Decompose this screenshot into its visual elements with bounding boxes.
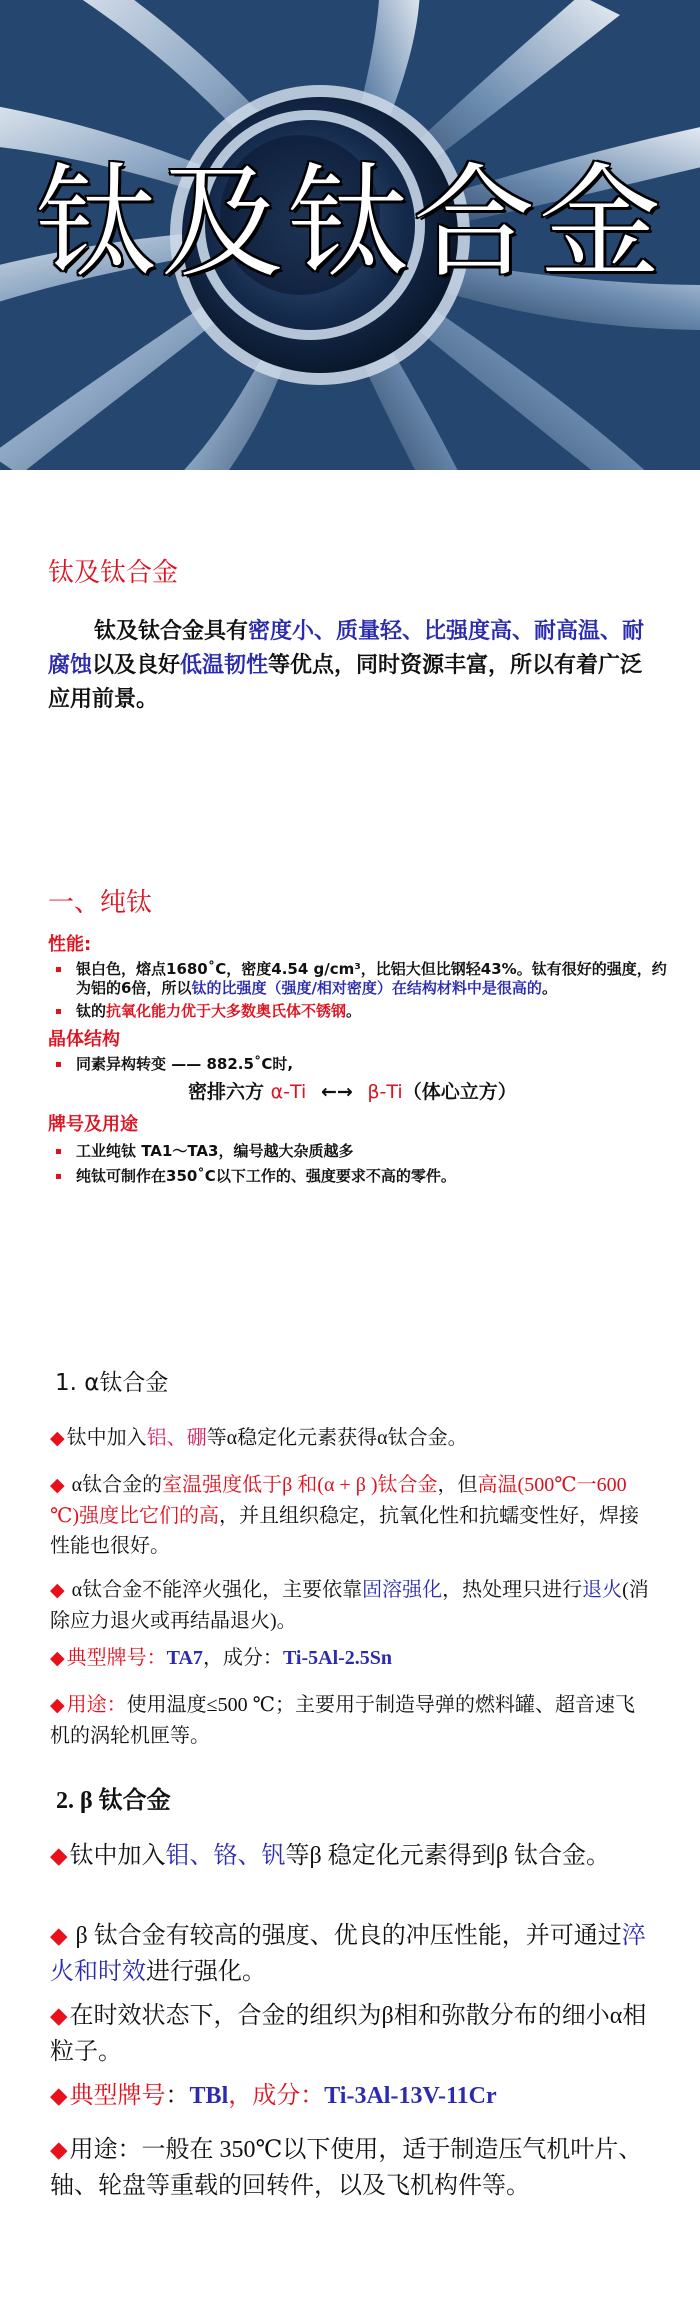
list-item: 纯钛可制作在350˚C以下工作的、强度要求不高的零件。	[48, 1167, 668, 1186]
crystal-structure-label: 晶体结构	[48, 1025, 668, 1051]
hero-title: 钛及钛合金	[0, 150, 700, 296]
para-highlight: 固溶强化	[362, 1579, 442, 1601]
beta-paragraph-2: ◆ β 钛合金有较高的强度、优良的冲压性能，并可通过淬火和时效进行强化。	[50, 1918, 650, 1990]
alpha-paragraph-3: ◆ α钛合金不能淬火强化，主要依靠固溶强化，热处理只进行退火(消除应力退火或再结…	[50, 1575, 650, 1636]
alpha-paragraph-grade: ◆典型牌号：TA7，成分：Ti-5Al-2.5Sn	[50, 1643, 650, 1674]
diamond-bullet-icon: ◆	[50, 1424, 65, 1454]
grades-label: 牌号及用途	[48, 1110, 668, 1136]
para-highlight: 退火	[582, 1579, 622, 1601]
grade-text: 纯钛可制作在350˚C以下工作的、强度要求不高的零件。	[76, 1167, 456, 1185]
beta-paragraph-grade: ◆典型牌号：TBl，成分：Ti-3Al-13V-11Cr	[50, 2078, 650, 2114]
composition-value: Ti-5Al-2.5Sn	[283, 1647, 392, 1669]
properties-label: 性能:	[48, 930, 668, 956]
intro-highlight-toughness: 低温韧性	[180, 653, 268, 678]
para-text: 等α稳定化元素获得α钛合金。	[207, 1427, 468, 1449]
square-bullet-icon	[56, 1062, 61, 1067]
hero-banner: 钛及钛合金	[0, 0, 700, 470]
usage-text: 用途：一般在 350℃以下使用，适于制造压气机叶片、轴、轮盘等重载的回转件，以及…	[50, 2137, 642, 2199]
diamond-bullet-icon: ◆	[50, 1471, 65, 1501]
diamond-bullet-icon: ◆	[50, 1998, 68, 2034]
list-item: 工业纯钛 TA1～TA3，编号越大杂质越多	[48, 1142, 668, 1161]
property-text: 钛的	[76, 1002, 106, 1020]
properties-list: 银白色，熔点1680˚C，密度4.54 g/cm³，比铝大但比钢轻43%。钛有很…	[48, 960, 668, 1021]
diamond-bullet-icon: ◆	[50, 1918, 68, 1954]
formula-alpha: α-Ti	[271, 1081, 307, 1103]
composition-label: ，成分：	[228, 2083, 324, 2109]
property-text: 。	[542, 979, 557, 997]
formula-beta: β-Ti	[367, 1081, 402, 1103]
grade-colon: ：	[166, 2083, 190, 2109]
diamond-bullet-icon: ◆	[50, 1838, 68, 1874]
grade-value: TBl	[190, 2083, 229, 2109]
alpha-paragraph-2: ◆ α钛合金的室温强度低于β 和(α + β )钛合金，但高温(500℃一600…	[50, 1470, 650, 1561]
pure-titanium-content: 性能: 银白色，熔点1680˚C，密度4.54 g/cm³，比铝大但比钢轻43%…	[48, 930, 668, 1190]
square-bullet-icon	[56, 1174, 61, 1179]
para-text: 等β 稳定化元素得到β 钛合金。	[286, 1843, 610, 1869]
diamond-bullet-icon: ◆	[50, 1576, 65, 1606]
para-text: α钛合金的	[67, 1474, 162, 1496]
property-highlight: 钛的比强度（强度/相对密度）在结构材料中是很高的	[191, 979, 541, 997]
intro-text: 以及良好	[92, 653, 180, 678]
beta-paragraph-3: ◆在时效状态下，合金的组织为β相和弥散分布的细小α相粒子。	[50, 1998, 650, 2070]
usage-label: 用途：	[67, 1694, 127, 1716]
para-text: ，但	[438, 1474, 478, 1496]
grade-label: 典型牌号	[70, 2083, 166, 2109]
diamond-bullet-icon: ◆	[50, 1691, 65, 1721]
double-arrow-icon: ←→	[321, 1081, 353, 1103]
section-title-pure-titanium: 一、纯钛	[48, 882, 152, 919]
para-highlight: 钼、铬、钒	[166, 1843, 286, 1869]
para-text: 钛中加入	[70, 1843, 166, 1869]
list-item: 银白色，熔点1680˚C，密度4.54 g/cm³，比铝大但比钢轻43%。钛有很…	[48, 960, 668, 998]
beta-paragraph-1: ◆钛中加入钼、铬、钒等β 稳定化元素得到β 钛合金。	[50, 1838, 650, 1874]
section-heading-alpha-alloy: 1. α钛合金	[55, 1364, 168, 1397]
list-item: 同素异构转变 —— 882.5˚C时,	[48, 1055, 668, 1074]
section-heading-beta-alloy: 2. β 钛合金	[56, 1780, 171, 1815]
beta-paragraph-usage: ◆用途：一般在 350℃以下使用，适于制造压气机叶片、轴、轮盘等重载的回转件，以…	[50, 2132, 650, 2204]
phase-transformation-formula: 密排六方 α-Ti ←→ β-Ti（体心立方）	[48, 1078, 668, 1106]
crystal-list: 同素异构转变 —— 882.5˚C时,	[48, 1055, 668, 1074]
intro-text: 钛及钛合金具有	[94, 619, 248, 644]
para-text: ，热处理只进行	[442, 1579, 582, 1601]
diamond-bullet-icon: ◆	[50, 2078, 68, 2114]
diamond-bullet-icon: ◆	[50, 2132, 68, 2168]
grades-list: 工业纯钛 TA1～TA3，编号越大杂质越多 纯钛可制作在350˚C以下工作的、强…	[48, 1142, 668, 1186]
intro-title: 钛及钛合金	[48, 552, 178, 589]
alpha-paragraph-usage: ◆用途：使用温度≤500 ℃；主要用于制造导弹的燃料罐、超音速飞机的涡轮机匣等。	[50, 1690, 650, 1751]
para-highlight: 铝、硼	[147, 1427, 207, 1449]
formula-left-text: 密排六方	[188, 1081, 264, 1103]
grade-text: 工业纯钛 TA1～TA3，编号越大杂质越多	[76, 1142, 353, 1160]
usage-text: 使用温度≤500 ℃；主要用于制造导弹的燃料罐、超音速飞机的涡轮机匣等。	[50, 1694, 635, 1747]
square-bullet-icon	[56, 1009, 61, 1014]
diamond-bullet-icon: ◆	[50, 1644, 65, 1674]
intro-paragraph: 钛及钛合金具有密度小、质量轻、比强度高、耐高温、耐腐蚀以及良好低温韧性等优点，同…	[48, 615, 658, 717]
para-highlight: 室温强度低于β 和(α + β )钛合金	[162, 1474, 437, 1496]
square-bullet-icon	[56, 1149, 61, 1154]
grade-label: 典型牌号：	[67, 1647, 167, 1669]
para-text: 进行强化。	[146, 1959, 266, 1985]
crystal-text: 同素异构转变 —— 882.5˚C时,	[76, 1055, 293, 1073]
list-item: 钛的抗氧化能力优于大多数奥氏体不锈钢。	[48, 1002, 668, 1021]
para-text: β 钛合金有较高的强度、优良的冲压性能，并可通过	[70, 1923, 622, 1949]
para-text: 钛中加入	[67, 1427, 147, 1449]
composition-value: Ti-3Al-13V-11Cr	[324, 2083, 496, 2109]
beta-heading-text: 2. β 钛合金	[56, 1788, 171, 1814]
formula-right-text: （体心立方）	[403, 1081, 517, 1103]
alpha-paragraph-1: ◆钛中加入铝、硼等α稳定化元素获得α钛合金。	[50, 1423, 650, 1454]
para-text: 在时效状态下，合金的组织为β相和弥散分布的细小α相粒子。	[50, 2003, 646, 2065]
grade-value: TA7	[167, 1647, 203, 1669]
square-bullet-icon	[56, 967, 61, 972]
property-highlight: 抗氧化能力优于大多数奥氏体不锈钢	[106, 1002, 346, 1020]
property-text: 。	[346, 1002, 361, 1020]
para-text: α钛合金不能淬火强化，主要依靠	[67, 1579, 362, 1601]
composition-label: ，成分：	[203, 1647, 283, 1669]
